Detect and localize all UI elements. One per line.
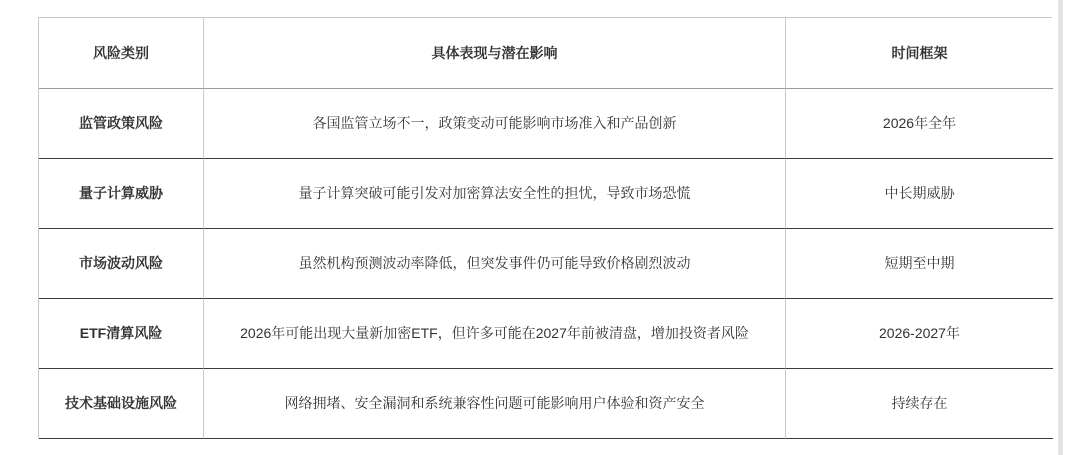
row4-timeframe: 2026-2027年 xyxy=(786,299,1053,369)
header-cell-impact: 具体表现与潜在影响 xyxy=(204,18,786,89)
page: 风险类别 具体表现与潜在影响 时间框架 监管政策风险 各国监管立场不一，政策变动… xyxy=(0,0,1069,455)
page-edge-strip xyxy=(1058,0,1063,455)
header-cell-risk-category: 风险类别 xyxy=(39,18,204,89)
row2-timeframe: 中长期威胁 xyxy=(786,159,1053,229)
row1-category: 监管政策风险 xyxy=(39,89,204,159)
row2-category: 量子计算威胁 xyxy=(39,159,204,229)
row1-impact: 各国监管立场不一，政策变动可能影响市场准入和产品创新 xyxy=(204,89,786,159)
row5-impact: 网络拥堵、安全漏洞和系统兼容性问题可能影响用户体验和资产安全 xyxy=(204,369,786,439)
row5-timeframe: 持续存在 xyxy=(786,369,1053,439)
row3-category: 市场波动风险 xyxy=(39,229,204,299)
row1-timeframe: 2026年全年 xyxy=(786,89,1053,159)
risk-table: 风险类别 具体表现与潜在影响 时间框架 监管政策风险 各国监管立场不一，政策变动… xyxy=(38,17,1052,439)
row2-impact: 量子计算突破可能引发对加密算法安全性的担忧，导致市场恐慌 xyxy=(204,159,786,229)
row4-impact: 2026年可能出现大量新加密ETF，但许多可能在2027年前被清盘，增加投资者风… xyxy=(204,299,786,369)
row3-timeframe: 短期至中期 xyxy=(786,229,1053,299)
row3-impact: 虽然机构预测波动率降低，但突发事件仍可能导致价格剧烈波动 xyxy=(204,229,786,299)
row5-category: 技术基础设施风险 xyxy=(39,369,204,439)
header-cell-timeframe: 时间框架 xyxy=(786,18,1053,89)
row4-category: ETF清算风险 xyxy=(39,299,204,369)
